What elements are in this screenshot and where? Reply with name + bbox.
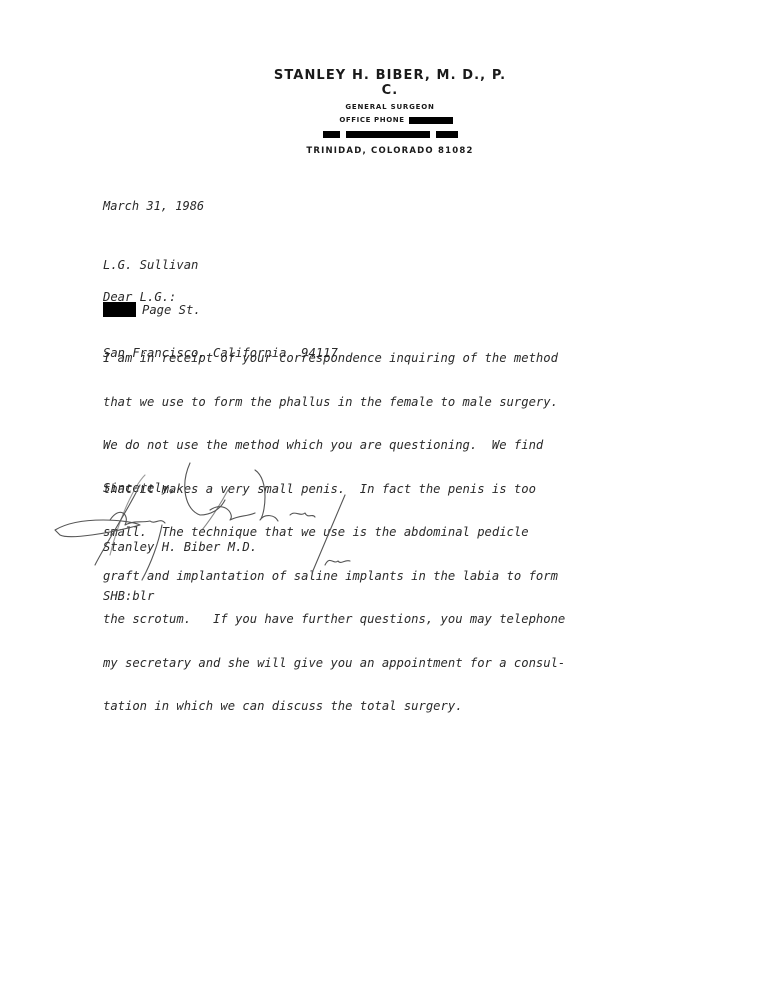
recipient-street: Page St.	[142, 303, 201, 317]
salutation: Dear L.G.:	[103, 290, 176, 305]
body-line: my secretary and she will give you an ap…	[103, 656, 565, 671]
redacted-block	[436, 131, 458, 138]
redacted-address-row	[270, 131, 510, 138]
closing: Sincerely,	[103, 481, 176, 496]
redacted-block	[323, 131, 340, 138]
letter-date: March 31, 1986	[103, 199, 204, 214]
body-line: tation in which we can discuss the total…	[103, 699, 565, 714]
letterhead: STANLEY H. BIBER, M. D., P. C. GENERAL S…	[270, 68, 510, 156]
phone-label: OFFICE PHONE	[339, 116, 404, 124]
letterhead-phone: OFFICE PHONE	[282, 116, 510, 124]
redacted-phone	[409, 117, 453, 124]
body-line: graft and implantation of saline implant…	[103, 569, 565, 584]
redacted-block	[346, 131, 430, 138]
letterhead-title: GENERAL SURGEON	[270, 103, 510, 111]
recipient-name: L.G. Sullivan	[103, 258, 338, 273]
body-line: I am in receipt of your correspondence i…	[103, 351, 565, 366]
letter-body: I am in receipt of your correspondence i…	[103, 322, 565, 743]
letterhead-name: STANLEY H. BIBER, M. D., P. C.	[270, 68, 510, 98]
reference-initials: SHB:blr	[103, 589, 154, 604]
letter-page: STANLEY H. BIBER, M. D., P. C. GENERAL S…	[0, 0, 777, 1000]
body-line: that we use to form the phallus in the f…	[103, 395, 565, 410]
body-line: We do not use the method which you are q…	[103, 438, 565, 453]
body-line: small. The technique that we use is the …	[103, 525, 565, 540]
body-line: the scrotum. If you have further questio…	[103, 612, 565, 627]
letterhead-city: TRINIDAD, COLORADO 81082	[270, 146, 510, 156]
signer-name: Stanley H. Biber M.D.	[103, 540, 257, 555]
